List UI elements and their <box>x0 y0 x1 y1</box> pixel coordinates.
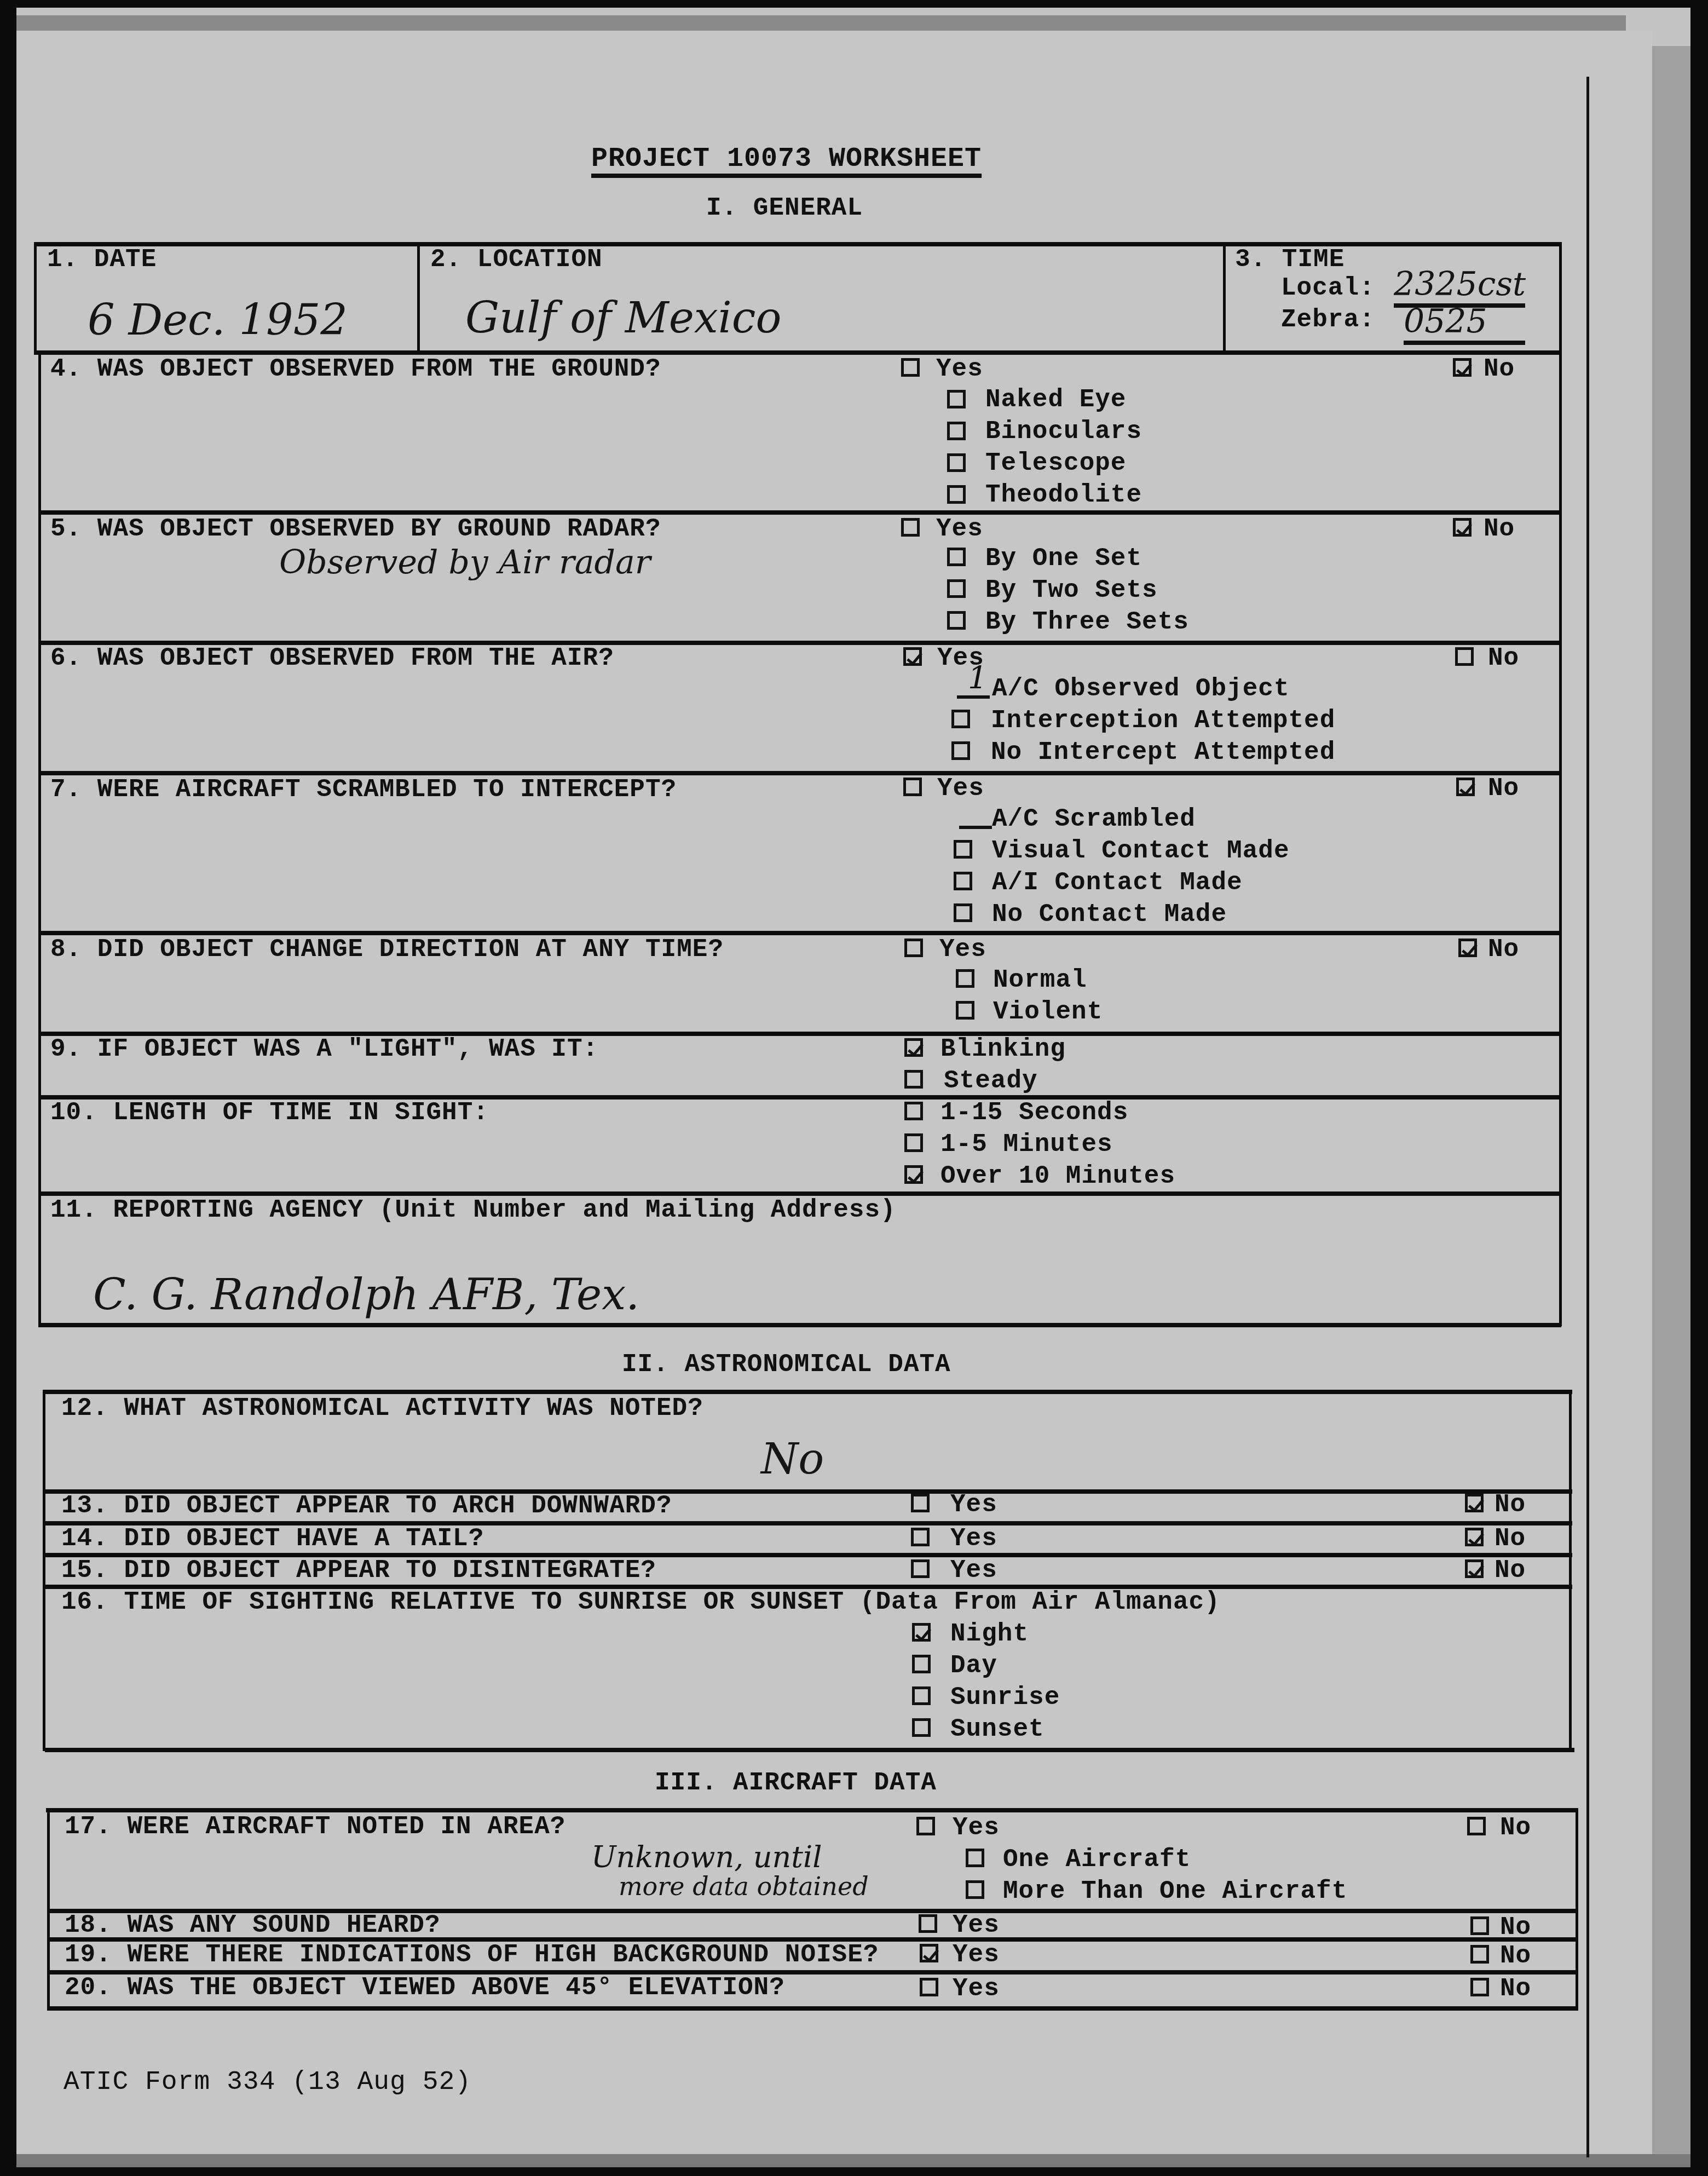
form-number: ATIC Form 334 (13 Aug 52) <box>64 2068 471 2097</box>
time-zebra-label: Zebra: <box>1281 306 1375 334</box>
q17-no-checkbox[interactable] <box>1467 1817 1486 1835</box>
q19-yes-label: Yes <box>953 1941 1000 1969</box>
q4-option-label: Naked Eye <box>985 385 1126 414</box>
q15-yes-label: Yes <box>950 1556 997 1585</box>
q13-yes-label: Yes <box>950 1490 997 1519</box>
date-value[interactable]: 6 Dec. 1952 <box>88 296 348 345</box>
q4-option-label: Theodolite <box>985 481 1142 509</box>
q8-option-label: Normal <box>993 966 1087 994</box>
location-value[interactable]: Gulf of Mexico <box>465 293 781 343</box>
rule <box>38 1323 1561 1327</box>
q16-option-label: Night <box>950 1620 1029 1648</box>
q17-option-label: More Than One Aircraft <box>1003 1877 1347 1906</box>
q14-yes-label: Yes <box>950 1524 997 1553</box>
q16-option-checkbox[interactable] <box>912 1623 931 1642</box>
q17-yes-label: Yes <box>953 1814 1000 1842</box>
q20-yes-label: Yes <box>953 1974 1000 2003</box>
q5-option-checkbox[interactable] <box>947 611 966 630</box>
q4-option-checkbox[interactable] <box>947 453 966 472</box>
q16-option-label: Sunrise <box>950 1683 1060 1712</box>
q16-option-checkbox[interactable] <box>912 1718 931 1737</box>
section-heading-astronomical: II. ASTRONOMICAL DATA <box>622 1350 951 1379</box>
q7-option-checkbox[interactable] <box>954 903 972 922</box>
q14-no-checkbox[interactable] <box>1465 1528 1484 1546</box>
q6-ac-count-value: 1 <box>968 660 988 696</box>
q4-option-label: Binoculars <box>985 417 1142 446</box>
q10-label: 10. LENGTH OF TIME IN SIGHT: <box>50 1098 489 1127</box>
q7-yes-label: Yes <box>937 774 984 803</box>
rule <box>47 2006 1578 2011</box>
q13-no-checkbox[interactable] <box>1465 1494 1484 1512</box>
q16-option-checkbox[interactable] <box>912 1686 931 1705</box>
q17-option-checkbox[interactable] <box>966 1849 984 1867</box>
rule <box>38 931 1561 935</box>
q16-option-checkbox[interactable] <box>912 1655 931 1673</box>
q10-option-checkbox[interactable] <box>904 1133 923 1152</box>
q7-option-label: Visual Contact Made <box>992 837 1290 865</box>
q15-no-checkbox[interactable] <box>1465 1559 1484 1578</box>
q6-label: 6. WAS OBJECT OBSERVED FROM THE AIR? <box>50 644 614 672</box>
rule <box>38 771 1561 775</box>
rule <box>34 242 37 352</box>
rule <box>1559 242 1562 1326</box>
rule <box>34 350 1561 355</box>
q4-option-checkbox[interactable] <box>947 485 966 504</box>
q4-option-checkbox[interactable] <box>947 390 966 408</box>
q5-option-checkbox[interactable] <box>947 548 966 566</box>
q17-note-line2[interactable]: more data obtained <box>619 1872 869 1901</box>
q9-option-checkbox[interactable] <box>904 1038 923 1057</box>
q7-ac-count-field[interactable] <box>959 826 992 829</box>
q7-option-label: A/I Contact Made <box>992 868 1243 897</box>
q6-option-label: Interception Attempted <box>991 706 1335 735</box>
q4-no-checkbox[interactable] <box>1453 358 1472 377</box>
q5-option-label: By Three Sets <box>985 608 1189 636</box>
rule <box>38 350 41 1325</box>
rule <box>417 242 420 352</box>
q4-yes-checkbox[interactable] <box>901 358 920 377</box>
q6-ac-label: A/C Observed Object <box>992 675 1290 703</box>
q8-yes-checkbox[interactable] <box>904 939 923 957</box>
q7-option-label: No Contact Made <box>992 900 1227 929</box>
q7-label: 7. WERE AIRCRAFT SCRAMBLED TO INTERCEPT? <box>50 775 677 804</box>
scan-shadow-bottom <box>16 2154 1690 2167</box>
rule <box>45 1748 1574 1752</box>
time-label: 3. TIME <box>1235 245 1345 274</box>
rule <box>1569 1390 1572 1751</box>
q8-no-checkbox[interactable] <box>1458 939 1477 957</box>
q19-label: 19. WERE THERE INDICATIONS OF HIGH BACKG… <box>65 1941 879 1969</box>
q6-no-label: No <box>1488 644 1519 672</box>
q8-option-label: Violent <box>993 998 1103 1026</box>
q4-label: 4. WAS OBJECT OBSERVED FROM THE GROUND? <box>50 355 661 383</box>
q9-option-label: Blinking <box>940 1035 1066 1063</box>
q6-option-checkbox[interactable] <box>951 741 970 760</box>
q16-option-label: Sunset <box>950 1715 1045 1743</box>
q18-label: 18. WAS ANY SOUND HEARD? <box>65 1911 441 1939</box>
q16-label: 16. TIME OF SIGHTING RELATIVE TO SUNRISE… <box>61 1588 1220 1616</box>
time-local-value[interactable]: 2325cst <box>1394 265 1525 308</box>
q9-option-checkbox[interactable] <box>904 1070 923 1089</box>
q18-no-checkbox[interactable] <box>1470 1916 1489 1935</box>
q4-option-label: Telescope <box>985 449 1126 477</box>
q6-no-checkbox[interactable] <box>1455 647 1474 666</box>
q17-option-checkbox[interactable] <box>966 1880 984 1899</box>
q5-option-label: By Two Sets <box>985 576 1158 605</box>
margin-rule <box>1586 77 1589 2157</box>
q17-label: 17. WERE AIRCRAFT NOTED IN AREA? <box>65 1812 566 1841</box>
q14-label: 14. DID OBJECT HAVE A TAIL? <box>61 1524 484 1553</box>
q5-yes-label: Yes <box>936 515 983 543</box>
page-title: PROJECT 10073 WORKSHEET <box>591 143 982 175</box>
q8-no-label: No <box>1488 935 1519 964</box>
q14-yes-checkbox[interactable] <box>911 1528 930 1546</box>
q5-yes-checkbox[interactable] <box>901 518 920 537</box>
q5-label: 5. WAS OBJECT OBSERVED BY GROUND RADAR? <box>50 515 661 543</box>
q16-option-label: Day <box>950 1651 997 1680</box>
q7-option-checkbox[interactable] <box>954 872 972 890</box>
q5-option-checkbox[interactable] <box>947 579 966 598</box>
q8-label: 8. DID OBJECT CHANGE DIRECTION AT ANY TI… <box>50 935 724 964</box>
q8-option-checkbox[interactable] <box>956 969 974 988</box>
q9-option-label: Steady <box>944 1067 1038 1095</box>
q12-value[interactable]: No <box>761 1435 824 1484</box>
q15-no-label: No <box>1495 1556 1526 1585</box>
q8-yes-label: Yes <box>939 935 986 964</box>
rule <box>46 1808 1578 1812</box>
q10-option-label: Over 10 Minutes <box>940 1162 1175 1190</box>
q6-option-checkbox[interactable] <box>951 710 970 728</box>
q13-label: 13. DID OBJECT APPEAR TO ARCH DOWNWARD? <box>61 1492 672 1520</box>
q13-yes-checkbox[interactable] <box>911 1494 930 1512</box>
scan-shadow-top <box>16 15 1626 31</box>
q20-yes-checkbox[interactable] <box>920 1978 938 1996</box>
q17-note-line1[interactable]: Unknown, until <box>591 1840 822 1874</box>
section-heading-aircraft: III. AIRCRAFT DATA <box>655 1769 937 1797</box>
q8-option-checkbox[interactable] <box>956 1001 974 1020</box>
q12-label: 12. WHAT ASTRONOMICAL ACTIVITY WAS NOTED… <box>61 1394 703 1423</box>
q7-no-checkbox[interactable] <box>1456 778 1475 796</box>
date-label: 1. DATE <box>47 245 157 274</box>
q10-option-label: 1-5 Minutes <box>940 1130 1113 1159</box>
q6-option-label: No Intercept Attempted <box>991 738 1335 767</box>
q17-no-label: No <box>1500 1814 1531 1842</box>
q5-note[interactable]: Observed by Air radar <box>279 543 650 582</box>
rule <box>43 1390 45 1751</box>
q5-no-label: No <box>1484 515 1515 543</box>
rule <box>38 1191 1561 1196</box>
q20-no-checkbox[interactable] <box>1470 1978 1489 1996</box>
q15-label: 15. DID OBJECT APPEAR TO DISINTEGRATE? <box>61 1556 656 1585</box>
rule <box>1223 242 1226 352</box>
rule <box>43 1390 1572 1394</box>
q14-no-label: No <box>1495 1524 1526 1553</box>
q7-no-label: No <box>1488 774 1519 803</box>
location-label: 2. LOCATION <box>430 245 603 274</box>
q4-yes-label: Yes <box>936 355 983 383</box>
rule <box>38 510 1561 515</box>
q11-label: 11. REPORTING AGENCY (Unit Number and Ma… <box>50 1196 896 1224</box>
time-zebra-value[interactable]: 0525 <box>1404 302 1525 345</box>
q19-no-label: No <box>1500 1942 1531 1970</box>
q10-option-checkbox[interactable] <box>904 1102 923 1120</box>
q11-value[interactable]: C. G. Randolph AFB, Tex. <box>93 1270 639 1320</box>
q10-option-label: 1-15 Seconds <box>940 1098 1128 1127</box>
q5-option-label: By One Set <box>985 544 1142 573</box>
q6-yes-checkbox[interactable] <box>903 647 922 666</box>
q10-option-checkbox[interactable] <box>904 1165 923 1184</box>
q17-option-label: One Aircraft <box>1003 1845 1191 1874</box>
scan-shadow-right <box>1652 46 1690 2160</box>
q20-no-label: No <box>1500 1974 1531 2003</box>
time-local-label: Local: <box>1281 274 1375 302</box>
q15-yes-checkbox[interactable] <box>911 1559 930 1578</box>
q5-no-checkbox[interactable] <box>1453 518 1472 537</box>
q18-yes-label: Yes <box>953 1911 1000 1939</box>
section-heading-general: I. GENERAL <box>706 194 863 222</box>
q17-yes-checkbox[interactable] <box>916 1817 935 1835</box>
q4-option-checkbox[interactable] <box>947 422 966 440</box>
q7-ac-label: A/C Scrambled <box>992 805 1196 833</box>
q7-yes-checkbox[interactable] <box>903 778 922 796</box>
q19-no-checkbox[interactable] <box>1470 1945 1489 1964</box>
q9-label: 9. IF OBJECT WAS A "LIGHT", WAS IT: <box>50 1035 598 1063</box>
q7-option-checkbox[interactable] <box>954 840 972 859</box>
q4-no-label: No <box>1484 355 1515 383</box>
q19-yes-checkbox[interactable] <box>920 1944 938 1962</box>
q20-label: 20. WAS THE OBJECT VIEWED ABOVE 45° ELEV… <box>65 1973 785 2002</box>
q18-yes-checkbox[interactable] <box>919 1914 937 1933</box>
q13-no-label: No <box>1495 1490 1526 1519</box>
